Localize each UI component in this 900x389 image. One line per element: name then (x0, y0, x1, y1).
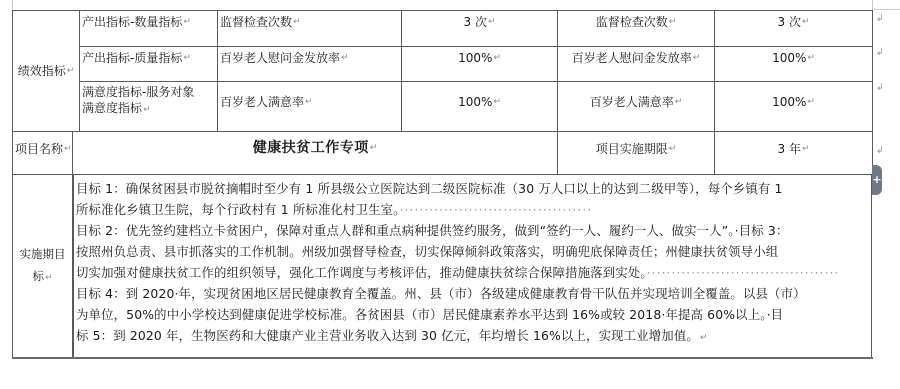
metric-left-cell[interactable]: 监督检查次数↵ (217, 10, 402, 47)
value-left-cell[interactable]: 100%↵ (401, 46, 558, 82)
project-period-value: 3 年 (778, 141, 801, 157)
goals-label-cell[interactable]: 实施期目 标↵ (12, 174, 73, 358)
goal-line: 切实加强对健康扶贫工作的组织领导，强化工作调度与考核评估，推动健康扶贫综合保障措… (76, 262, 868, 283)
value-left-text: 100% (458, 94, 492, 110)
paragraph-mark: ↵ (493, 94, 501, 110)
dot-leader: ······································· (647, 265, 840, 280)
goal-text: 切实加强对健康扶贫工作的组织领导，强化工作调度与考核评估，推动健康扶贫综合保障措… (76, 265, 647, 280)
paragraph-mark: ↵ (293, 14, 301, 30)
paragraph-mark: ↵ (183, 50, 191, 66)
margin-guide-left (12, 0, 13, 10)
margin-guide-top (874, 9, 900, 10)
project-name-label-cell[interactable]: 项目名称↵ (12, 131, 73, 175)
goal-line: 标 5：到 2020 年，生物医药和大健康产业主营业务收入达到 30 亿元，年均… (76, 325, 868, 346)
metric-left-cell[interactable]: 百岁老人满意率↵ (217, 81, 402, 132)
goal-line: 目标 1：确保贫困县市脱贫摘帽时至少有 1 所县级公立医院达到二级医院标准（30… (76, 178, 868, 199)
paragraph-mark: ↵ (183, 14, 191, 30)
metric-left-text: 百岁老人慰问金发放率 (220, 50, 340, 66)
value-right-cell[interactable]: 3 次↵ (714, 10, 873, 47)
paragraph-mark: ↵ (64, 141, 72, 157)
paragraph-mark: ↵ (693, 50, 701, 66)
performance-section-label-cell[interactable]: 绩效指标↵ (12, 10, 80, 132)
value-right-text: 100% (772, 94, 806, 110)
goals-label-line1: 实施期目 (20, 243, 66, 265)
indicator-cell[interactable]: 产出指标-数量指标↵ (79, 10, 218, 47)
goal-line: 目标 2：优先签约建档立卡贫困户，保障对重点人群和重点病种提供签约服务，做到“签… (76, 220, 868, 241)
paragraph-mark: ↵ (802, 141, 810, 157)
indicator-text: 产出指标-数量指标 (82, 14, 182, 30)
paragraph-mark: ↵ (341, 50, 349, 66)
project-name-label: 项目名称 (15, 141, 63, 157)
paragraph-mark: ↵ (700, 333, 708, 343)
paragraph-mark: ↵ (669, 141, 677, 157)
paragraph-mark: ↵ (675, 94, 683, 110)
goal-text: 目标 2：优先签约建档立卡贫困户，保障对重点人群和重点病种提供签约服务，做到“签… (76, 223, 788, 238)
paragraph-mark: ↵ (493, 50, 501, 66)
value-left-cell[interactable]: 100%↵ (401, 81, 558, 132)
paragraph-mark: ↵ (807, 94, 815, 110)
paragraph-mark: ↵ (67, 63, 75, 79)
goal-line: 目标 4：到 2020·年，实现贫困地区居民健康教育全覆盖。州、县（市）各级建成… (76, 283, 868, 304)
paragraph-mark: ↵ (143, 105, 151, 115)
metric-right-text: 监督检查次数 (596, 14, 668, 30)
value-left-cell[interactable]: 3 次↵ (401, 10, 558, 47)
paragraph-mark: ↵ (488, 14, 496, 30)
goals-label-line2: 标 (32, 269, 44, 283)
row-end-mark: ↲ (876, 48, 884, 58)
document-page: 绩效指标↵ 产出指标-数量指标↵ 监督检查次数↵ 3 次↵ 监督检查次数↵ 3 … (0, 0, 900, 389)
value-left-text: 3 次 (464, 14, 487, 30)
metric-right-cell[interactable]: 百岁老人慰问金发放率↵ (557, 46, 715, 82)
row-end-mark: ↲ (876, 83, 884, 93)
indicator-text-line2: 满意度指标 (82, 101, 142, 115)
goal-text: 目标 1：确保贫困县市脱贫摘帽时至少有 1 所县级公立医院达到二级医院标准（30… (76, 181, 783, 196)
value-right-cell[interactable]: 100%↵ (714, 81, 873, 132)
project-period-label: 项目实施期限 (596, 141, 668, 157)
paragraph-mark: ↵ (305, 94, 313, 110)
metric-left-cell[interactable]: 百岁老人慰问金发放率↵ (217, 46, 402, 82)
metric-right-cell[interactable]: 监督检查次数↵ (557, 10, 715, 47)
row-end-mark: ↲ (876, 14, 884, 24)
indicator-text: 产出指标-质量指标 (82, 50, 182, 66)
project-period-value-cell[interactable]: 3 年↵ (714, 131, 873, 175)
metric-left-text: 监督检查次数 (220, 14, 292, 30)
goal-line: 为单位，50%的中小学校达到健康促进学校标准。各贫困县（市）居民健康素养水平达到… (76, 304, 868, 325)
goal-line: 按照州负总责、县市抓落实的工作机制。州级加强督导检查，切实保障倾斜政策落实，明确… (76, 241, 868, 262)
paragraph-mark: ↵ (45, 273, 53, 283)
metric-right-cell[interactable]: 百岁老人满意率↵ (557, 81, 715, 132)
dot-leader: ······································· (400, 202, 593, 217)
metric-left-text: 百岁老人满意率 (220, 94, 304, 110)
performance-section-label: 绩效指标 (18, 63, 66, 79)
value-left-text: 100% (458, 50, 492, 66)
add-row-button[interactable]: + (872, 165, 882, 195)
goals-text-cell[interactable]: 目标 1：确保贫困县市脱贫摘帽时至少有 1 所县级公立医院达到二级医院标准（30… (73, 174, 872, 358)
goal-text: 标 5：到 2020 年，生物医药和大健康产业主营业务收入达到 30 亿元，年均… (76, 328, 699, 343)
table-bottom-border (12, 357, 873, 359)
project-name-value: 健康扶贫工作专项 (253, 140, 369, 156)
project-name-value-cell[interactable]: 健康扶贫工作专项↵ (72, 131, 558, 175)
paragraph-mark: ↵ (802, 14, 810, 30)
goal-text: 所标准化乡镇卫生院，每个行政村有 1 所标准化村卫生室。 (76, 202, 400, 217)
goal-text: 目标 4：到 2020·年，实现贫困地区居民健康教育全覆盖。州、县（市）各级建成… (76, 286, 806, 301)
goal-text: 为单位，50%的中小学校达到健康促进学校标准。各贫困县（市）居民健康素养水平达到… (76, 307, 783, 322)
paragraph-mark: ↵ (669, 14, 677, 30)
goal-line: 所标准化乡镇卫生院，每个行政村有 1 所标准化村卫生室。············… (76, 199, 868, 220)
metric-right-text: 百岁老人满意率 (590, 94, 674, 110)
indicator-cell[interactable]: 产出指标-质量指标↵ (79, 46, 218, 82)
value-right-cell[interactable]: 100%↵ (714, 46, 873, 82)
project-period-label-cell[interactable]: 项目实施期限↵ (557, 131, 715, 175)
indicator-text-line1: 满意度指标-服务对象 (82, 84, 194, 100)
margin-guide-right (872, 0, 873, 10)
value-right-text: 100% (772, 50, 806, 66)
indicator-cell[interactable]: 满意度指标-服务对象 满意度指标↵ (79, 81, 218, 132)
metric-right-text: 百岁老人慰问金发放率 (572, 50, 692, 66)
goal-text: 按照州负总责、县市抓落实的工作机制。州级加强督导检查，切实保障倾斜政策落实，明确… (76, 244, 778, 259)
row-end-mark: ↲ (876, 146, 884, 156)
value-right-text: 3 次 (778, 14, 801, 30)
plus-icon: + (872, 173, 881, 186)
paragraph-mark: ↵ (370, 140, 378, 156)
paragraph-mark: ↵ (807, 50, 815, 66)
